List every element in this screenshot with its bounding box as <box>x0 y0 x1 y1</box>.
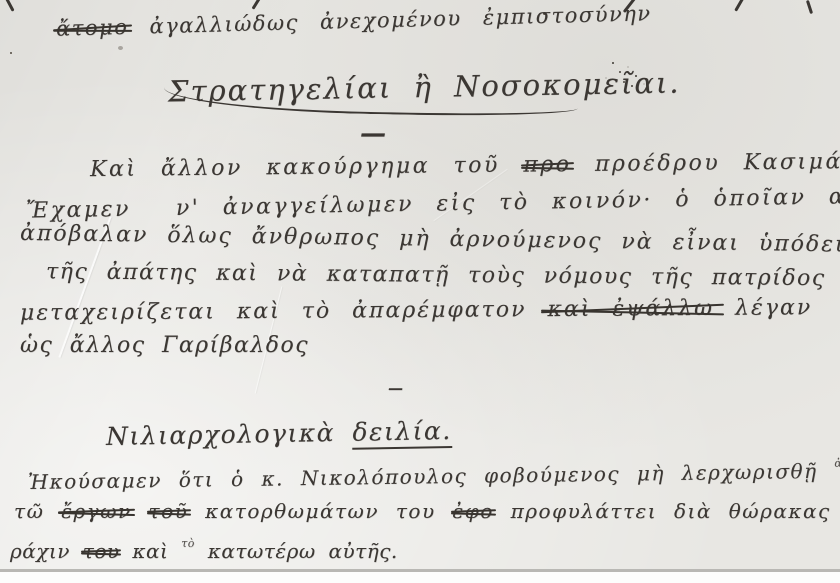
word-segment: Στρατηγελίαι ἢ Νοσοκομεῖαι. <box>168 66 681 109</box>
word-segment: Ἔχαμεν ν' ἀναγγείλωμεν εἰς τὸ κοινόν· ὁ … <box>26 183 840 223</box>
manuscript-photo: ἄτομο ἀγαλλιώδως ἀνεχομένου ἐμπιστοσύνην… <box>0 0 840 583</box>
cropped-pen-stroke <box>806 0 813 14</box>
handwritten-line-p2-l1: Ἠκούσαμεν ὅτι ὁ κ. Νικολόπουλος φοβούμεν… <box>28 455 840 493</box>
word-segment: καὶ <box>120 539 182 563</box>
ink-speck <box>10 52 12 54</box>
word-segment: ράχιν <box>10 539 83 563</box>
ink-stain <box>118 46 123 50</box>
word-segment: ὡς ἄλλος Γαρίβαλδος <box>20 333 309 358</box>
word-segment: Ἠκούσαμεν ὅτι ὁ κ. Νικολόπουλος φοβούμεν… <box>28 459 835 494</box>
cropped-pen-stroke <box>734 0 745 12</box>
word-segment: ἀπόβαλαν ὅλως ἄνθρωπος μὴ ἀρνούμενος νὰ … <box>20 221 840 258</box>
inserted-word: ἀπροσδίστου <box>834 456 840 470</box>
word-segment: Νιλιαρχολογικὰ <box>106 418 353 451</box>
handwritten-line-p1-l4: τῆς ἀπάτης καὶ νὰ καταπατῇ τοὺς νόμους τ… <box>46 260 840 292</box>
paper-sheet: ἄτομο ἀγαλλιώδως ἀνεχομένου ἐμπιστοσύνην… <box>0 0 840 572</box>
word-segment: τῶ <box>14 499 61 523</box>
handwritten-line-p2-l3: ράχιν του καὶ τὸ κατωτέρω αὐτῆς. <box>10 538 398 562</box>
ink-speck-cluster <box>612 62 614 64</box>
word-segment: λέγαν <box>714 295 812 321</box>
cropped-pen-stroke <box>252 0 262 10</box>
word-segment: τῆς ἀπάτης καὶ νὰ καταπατῇ τοὺς νόμους τ… <box>46 259 840 291</box>
handwritten-line-p1-l3: ἀπόβαλαν ὅλως ἄνθρωπος μὴ ἀρνούμενος νὰ … <box>20 222 840 258</box>
handwritten-line-p1-l5: μεταχειρίζεται καὶ τὸ ἀπαρέμφατον καὶ ἐψ… <box>20 296 812 326</box>
struck-out-word: τοῦ <box>149 499 189 523</box>
handwritten-line-dash-2: — <box>388 380 403 397</box>
inserted-word: τὸ <box>181 537 195 550</box>
word-segment: — <box>360 119 386 149</box>
cropped-pen-stroke <box>4 0 14 12</box>
struck-out-word: ἄτομο <box>56 15 129 41</box>
word-segment: κατορθωμάτων του <box>188 499 452 523</box>
word-segment: μεταχειρίζεται καὶ τὸ ἀπαρέμφατον <box>20 297 548 326</box>
word-segment: Καὶ ἄλλον κακούργημα τοῦ <box>90 153 524 183</box>
word-segment: δειλία. <box>352 416 452 450</box>
struck-out-word: ἐφο <box>453 499 494 523</box>
struck-out-word: του <box>83 539 120 563</box>
handwritten-line-p1-l2: Ἔχαμεν ν' ἀναγγείλωμεν εἰς τὸ κοινόν· ὁ … <box>26 184 840 223</box>
handwritten-line-top-line: ἄτομο ἀγαλλιώδως ἀνεχομένου ἐμπιστοσύνην <box>56 2 652 41</box>
word-segment: προέδρου Κασιμάτω <box>571 149 840 177</box>
handwritten-line-subheading: Νιλιαρχολογικὰ δειλία. <box>106 417 452 451</box>
handwritten-line-p1-l1: Καὶ ἄλλον κακούργημα τοῦ προ προέδρου Κα… <box>90 150 840 182</box>
handwritten-line-p2-l2: τῶ ἔργων τοῦ κατορθωμάτων του ἐφο προφυλ… <box>14 500 840 522</box>
struck-out-word: προ <box>523 152 571 178</box>
handwritten-line-p1-l6: ὡς ἄλλος Γαρίβαλδος <box>20 334 309 358</box>
handwritten-line-dash-1: — <box>360 120 386 149</box>
word-segment: ἀγαλλιώδως ἀνεχομένου ἐμπιστοσύνην <box>128 1 652 39</box>
word-segment: κατωτέρω αὐτῆς. <box>195 539 398 563</box>
word-segment: — <box>388 379 403 397</box>
struck-out-word: καὶ ἐψάλλω <box>547 296 714 322</box>
struck-out-word: ἔργων <box>61 499 131 523</box>
handwritten-line-heading: Στρατηγελίαι ἢ Νοσοκομεῖαι. <box>168 68 681 109</box>
word-segment: προφυλάττει διὰ θώρακας καὶ <box>494 499 840 523</box>
